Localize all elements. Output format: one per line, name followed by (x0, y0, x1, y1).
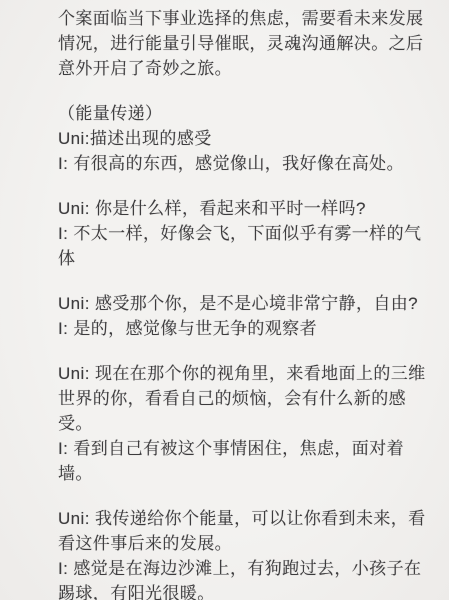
transcript-page: 个案面临当下事业选择的焦虑，需要看未来发展 情况，进行能量引导催眠，灵魂沟通解决… (0, 0, 449, 600)
uni-utterance: Uni: 现在在那个你的视角里，来看地面上的三维 (58, 361, 429, 386)
uni-utterance: Uni: 你是什么样，看起来和平时一样吗? (58, 196, 429, 221)
section-note: （能量传递） (58, 101, 429, 126)
uni-utterance: Uni: 感受那个你，是不是心境非常宁静，自由? (58, 291, 429, 316)
uni-utterance: 世界的你，看看自己的烦恼，会有什么新的感 (58, 386, 429, 411)
paragraph-intro: 个案面临当下事业选择的焦虑，需要看未来发展 情况，进行能量引导催眠，灵魂沟通解决… (58, 6, 429, 81)
paragraph-qa-feeling: Uni: 感受那个你，是不是心境非常宁静，自由? I: 是的，感觉像与世无争的观… (58, 291, 429, 341)
text-line: 意外开启了奇妙之旅。 (58, 56, 429, 81)
paragraph-qa-perspective: Uni: 现在在那个你的视角里，来看地面上的三维 世界的你，看看自己的烦恼，会有… (58, 361, 429, 486)
paragraph-qa-appearance: Uni: 你是什么样，看起来和平时一样吗? I: 不太一样，好像会飞，下面似乎有… (58, 196, 429, 271)
paragraph-qa-future: Uni: 我传递给你个能量，可以让你看到未来，看 看这件事后来的发展。 I: 感… (58, 506, 429, 600)
uni-utterance: 看这件事后来的发展。 (58, 531, 429, 556)
client-utterance: I: 不太一样，好像会飞，下面似乎有雾一样的气 (58, 221, 429, 246)
uni-utterance: Uni: 我传递给你个能量，可以让你看到未来，看 (58, 506, 429, 531)
uni-utterance: 受。 (58, 411, 429, 436)
client-utterance: 墙。 (58, 461, 429, 486)
client-utterance: I: 有很高的东西，感觉像山，我好像在高处。 (58, 151, 429, 176)
client-utterance: 体 (58, 246, 429, 271)
text-line: 情况，进行能量引导催眠，灵魂沟通解决。之后 (58, 31, 429, 56)
client-utterance: I: 看到自己有被这个事情困住，焦虑，面对着 (58, 436, 429, 461)
uni-utterance: Uni:描述出现的感受 (58, 126, 429, 151)
text-line: 个案面临当下事业选择的焦虑，需要看未来发展 (58, 6, 429, 31)
paragraph-energy-transfer: （能量传递） Uni:描述出现的感受 I: 有很高的东西，感觉像山，我好像在高处… (58, 101, 429, 176)
client-utterance: I: 感觉是在海边沙滩上，有狗跑过去，小孩子在 (58, 556, 429, 581)
client-utterance: I: 是的，感觉像与世无争的观察者 (58, 316, 429, 341)
client-utterance: 踢球，有阳光很暖。 (58, 581, 429, 600)
